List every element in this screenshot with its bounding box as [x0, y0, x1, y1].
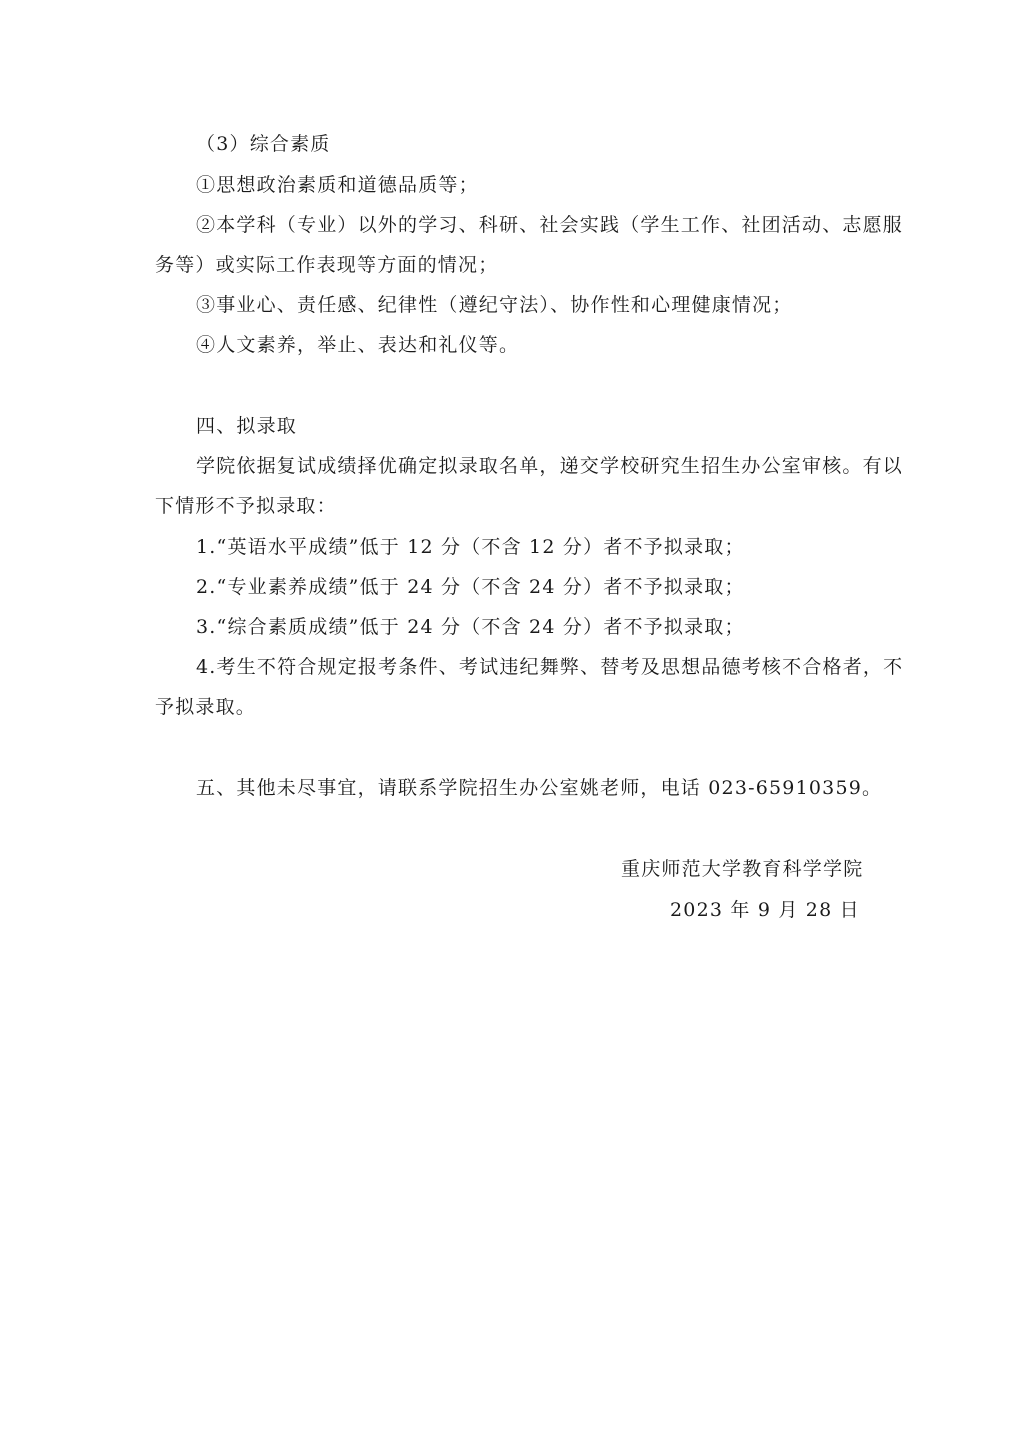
section3-item-2: ②本学科（专业）以外的学习、科研、社会实践（学生工作、社团活动、志愿服	[196, 213, 903, 237]
section4-intro-line1: 学院依据复试成绩择优确定拟录取名单，递交学校研究生招生办公室审核。有以	[196, 454, 903, 478]
signature-date: 2023 年 9 月 28 日	[670, 898, 860, 922]
section4-rule-1: 1.“英语水平成绩”低于 12 分（不含 12 分）者不予拟录取；	[196, 535, 745, 559]
section4-rule-4: 4.考生不符合规定报考条件、考试违纪舞弊、替考及思想品德考核不合格者，不	[196, 655, 903, 679]
signature-organization: 重庆师范大学教育科学学院	[621, 857, 863, 881]
section4-rule-3: 3.“综合素质成绩”低于 24 分（不含 24 分）者不予拟录取；	[196, 615, 745, 639]
section4-rule-2: 2.“专业素养成绩”低于 24 分（不含 24 分）者不予拟录取；	[196, 575, 745, 599]
section3-item-2-cont: 务等）或实际工作表现等方面的情况；	[155, 253, 498, 277]
section4-intro-line2: 下情形不予拟录取：	[155, 494, 337, 518]
section4-heading: 四、拟录取	[196, 414, 297, 438]
section5-text: 五、其他未尽事宜，请联系学院招生办公室姚老师，电话 023-65910359。	[196, 776, 882, 800]
section3-item-3: ③事业心、责任感、纪律性（遵纪守法）、协作性和心理健康情况；	[196, 293, 793, 317]
section3-item-1: ①思想政治素质和道德品质等；	[196, 173, 479, 197]
section3-heading: （3）综合素质	[196, 132, 331, 156]
section4-rule-4-cont: 予拟录取。	[155, 695, 256, 719]
section3-item-4: ④人文素养，举止、表达和礼仪等。	[196, 333, 519, 357]
document-page: （3）综合素质 ①思想政治素质和道德品质等； ②本学科（专业）以外的学习、科研、…	[0, 0, 1024, 1448]
